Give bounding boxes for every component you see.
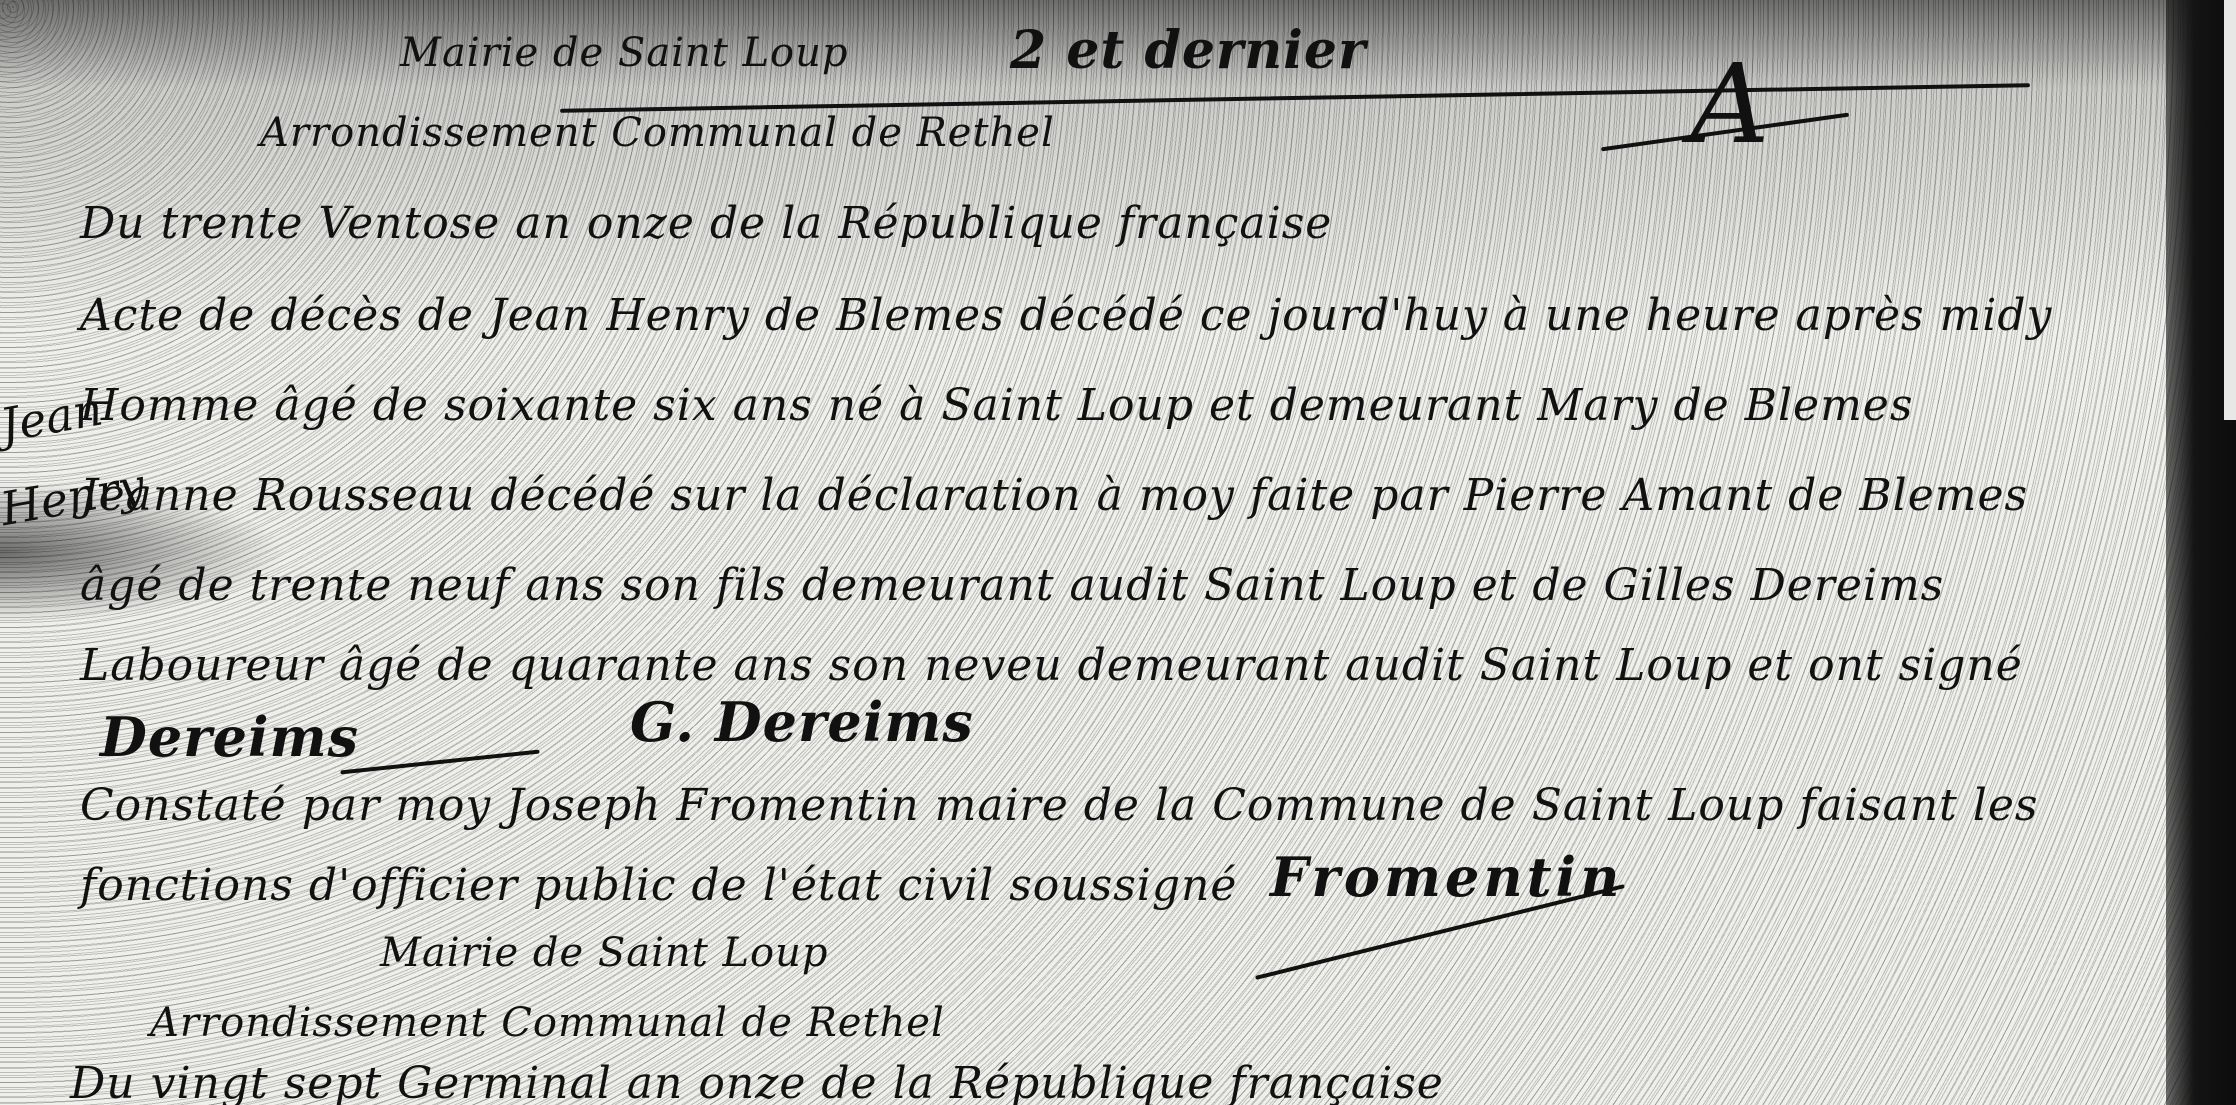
record-1-closing-2: fonctions d'officier public de l'état ci… (80, 860, 1237, 911)
header-arrondissement: Arrondissement Communal de Rethel (260, 110, 1055, 156)
record-2-date-line: Du vingt sept Germinal an onze de la Rép… (70, 1058, 1444, 1105)
header-rule (560, 83, 2030, 113)
scanned-register-page: Mairie de Saint Loup 2 et dernier Arrond… (0, 0, 2236, 1105)
record-1-line-6: Laboureur âgé de quarante ans son neveu … (80, 640, 2023, 691)
signature-dereims-2: G. Dereims (630, 690, 974, 754)
record-1-line-5: âgé de trente neuf ans son fils demeuran… (80, 560, 1944, 611)
record-1-line-1: Du trente Ventose an onze de la Républiq… (80, 198, 1332, 249)
header-mairie: Mairie de Saint Loup (400, 30, 849, 76)
header-page-marker: 2 et dernier (1010, 20, 1366, 81)
page-edge (2224, 0, 2236, 420)
signature-dereims-1: Dereims (100, 705, 359, 769)
record-1-line-3: Homme âgé de soixante six ans né à Saint… (80, 380, 1913, 431)
record-1-line-2: Acte de décès de Jean Henry de Blemes dé… (80, 290, 2052, 341)
paraph-initial: A (1690, 40, 1769, 168)
record-2-mairie: Mairie de Saint Loup (380, 930, 829, 976)
record-1-line-4: Jeanne Rousseau décédé sur la déclaratio… (80, 470, 2028, 521)
record-1-closing-1: Constaté par moy Joseph Fromentin maire … (80, 780, 2038, 831)
record-2-arrondissement: Arrondissement Communal de Rethel (150, 1000, 945, 1046)
signature-flourish-1 (340, 750, 539, 775)
